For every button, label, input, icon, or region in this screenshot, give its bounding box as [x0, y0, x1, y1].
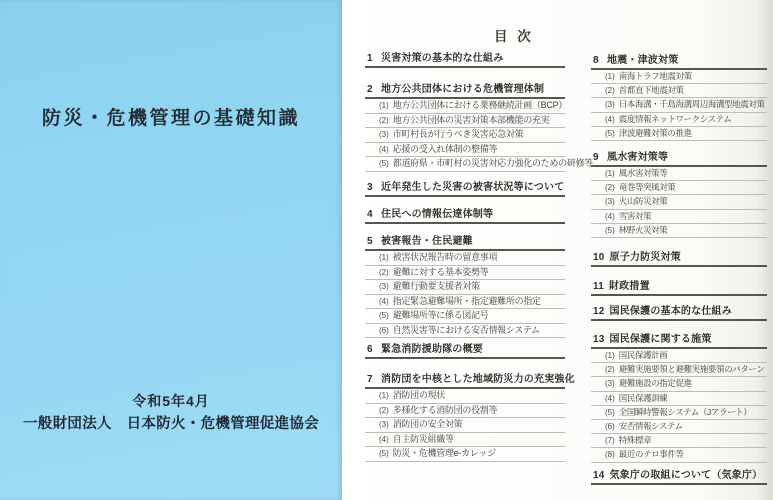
toc-item: (5)都道府県・市町村の災害対応力強化のための研修等: [365, 157, 565, 172]
toc-section-4: 4住民への情報伝達体制等: [365, 209, 565, 224]
toc-item-label: 避難実施要領と避難実施要領のパターン: [619, 364, 765, 374]
toc-section-number: 5: [367, 236, 376, 247]
toc-item-number: (3): [379, 130, 389, 139]
toc-section-number: 7: [367, 374, 376, 385]
toc-item-label: 防災・危機管理e-カレッジ: [393, 448, 496, 458]
toc-item: (4)応援の受入れ体制の整備等: [365, 143, 565, 158]
toc-section-title: 原子力防災対策: [610, 252, 681, 263]
toc-section-title: 被害報告・住民避難: [381, 236, 473, 247]
toc-section-title: 緊急消防援助隊の概要: [381, 344, 483, 355]
toc-item-label: 避難行動要支援者対策: [393, 281, 480, 291]
toc-item-number: (4): [605, 212, 615, 221]
toc-section-heading: 8地震・津波対策: [591, 55, 767, 70]
toc-section-number: 2: [367, 84, 376, 95]
toc-item-label: 首都直下地震対策: [619, 85, 684, 95]
toc-item: (6)自然災害等における安否情報システム: [365, 324, 565, 339]
toc-section-number: 6: [367, 344, 376, 355]
toc-section-1: 1災害対策の基本的な仕組み: [365, 53, 565, 68]
book-spread-scan: 防災・危機管理の基礎知識 令和5年4月 一般財団法人 日本防火・危機管理促進協会…: [0, 0, 773, 500]
toc-section-3: 3近年発生した災害の被害状況等について: [365, 182, 565, 197]
toc-item-label: 風水害対策等: [619, 168, 668, 178]
toc-item-label: 消防団の現状: [393, 390, 445, 400]
toc-section-number: 13: [593, 334, 605, 345]
toc-item-number: (8): [605, 450, 615, 459]
toc-item-number: (5): [379, 311, 389, 320]
toc-section-title: 国民保護の基本的な仕組み: [610, 306, 732, 317]
toc-item-label: 応援の受入れ体制の整備等: [393, 144, 497, 154]
toc-item: (2)竜巻等突風対策: [591, 181, 767, 195]
toc-section-12: 12国民保護の基本的な仕組み: [591, 306, 767, 321]
toc-item-label: 市町村長が行うべき災害応急対策: [393, 129, 524, 139]
toc-section-10: 10原子力防災対策: [591, 252, 767, 267]
toc-item-label: 地方公共団体における業務継続計画（BCP）: [393, 100, 567, 110]
toc-item-number: (7): [605, 436, 615, 445]
toc-item: (2)多様化する消防団の役割等: [365, 404, 565, 419]
toc-item: (4)指定緊急避難場所・指定避難所の指定: [365, 295, 565, 310]
toc-item-number: (6): [379, 326, 389, 335]
toc-item-number: (4): [379, 145, 389, 154]
toc-section-7: 7消防団を中核とした地域防災力の充実強化(1)消防団の現状(2)多様化する消防団…: [365, 374, 565, 462]
toc-item-label: 雪害対策: [619, 211, 651, 221]
toc-item: (1)南海トラフ地震対策: [591, 70, 767, 84]
toc-item-label: 多様化する消防団の役割等: [393, 405, 497, 415]
toc-item-number: (3): [605, 379, 615, 388]
toc-item-label: 日本海溝・千島海溝周辺海溝型地震対策: [619, 99, 765, 109]
toc-item: (5)全国瞬時警報システム（Jアラート）: [591, 406, 767, 420]
toc-section-heading: 9風水害対策等: [591, 152, 767, 167]
toc-item: (1)消防団の現状: [365, 389, 565, 404]
toc-item: (3)避難施設の指定促進: [591, 377, 767, 391]
toc-item-label: 避難場所等に係る図記号: [393, 310, 489, 320]
toc-section-heading: 12国民保護の基本的な仕組み: [591, 306, 767, 321]
toc-column-left: 1災害対策の基本的な仕組み2地方公共団体における危機管理体制(1)地方公共団体に…: [365, 0, 565, 500]
toc-section-2: 2地方公共団体における危機管理体制(1)地方公共団体における業務継続計画（BCP…: [365, 84, 565, 172]
toc-item-label: 地方公共団体の災害対策本部機能の充実: [393, 115, 550, 125]
toc-item-number: (5): [605, 129, 615, 138]
toc-item-label: 最近のテロ事件等: [619, 449, 684, 459]
toc-page: 目 次 1災害対策の基本的な仕組み2地方公共団体における危機管理体制(1)地方公…: [342, 0, 773, 500]
toc-item-number: (3): [605, 197, 615, 206]
toc-item-label: 竜巻等突風対策: [619, 182, 676, 192]
toc-section-11: 11財政措置: [591, 281, 767, 296]
toc-section-title: 国民保護に関する施策: [610, 334, 712, 345]
toc-item-number: (1): [605, 72, 615, 81]
toc-item-label: 国民保護訓練: [619, 393, 668, 403]
toc-section-14: 14気象庁の取組について（気象庁）: [591, 470, 767, 485]
toc-section-6: 6緊急消防援助隊の概要: [365, 344, 565, 359]
book-title: 防災・危機管理の基礎知識: [0, 103, 342, 130]
toc-item-label: 避難に対する基本姿勢等: [393, 267, 489, 277]
toc-item: (2)首都直下地震対策: [591, 84, 767, 98]
toc-item: (5)防災・危機管理e-カレッジ: [365, 447, 565, 462]
toc-item-number: (4): [605, 394, 615, 403]
toc-section-13: 13国民保護に関する施策(1)国民保護計画(2)避難実施要領と避難実施要領のパタ…: [591, 334, 767, 463]
toc-section-title: 住民への情報伝達体制等: [381, 209, 493, 220]
toc-item: (3)市町村長が行うべき災害応急対策: [365, 128, 565, 143]
toc-item-label: 震度情報ネットワークシステム: [619, 114, 732, 124]
toc-section-heading: 5被害報告・住民避難: [365, 236, 565, 251]
toc-item-number: (3): [379, 420, 389, 429]
toc-item-number: (6): [605, 422, 615, 431]
toc-section-heading: 1災害対策の基本的な仕組み: [365, 53, 565, 68]
toc-item-number: (1): [379, 101, 389, 110]
toc-item: (3)火山防災対策: [591, 195, 767, 209]
toc-item-number: (2): [379, 406, 389, 415]
toc-item-label: 国民保護計画: [619, 350, 668, 360]
toc-section-title: 近年発生した災害の被害状況等について: [381, 182, 564, 193]
toc-section-8: 8地震・津波対策(1)南海トラフ地震対策(2)首都直下地震対策(3)日本海溝・千…: [591, 55, 767, 141]
toc-item-label: 消防団の安全対策: [393, 419, 463, 429]
toc-section-number: 11: [593, 281, 604, 292]
toc-column-right: 8地震・津波対策(1)南海トラフ地震対策(2)首都直下地震対策(3)日本海溝・千…: [591, 0, 767, 500]
toc-section-heading: 6緊急消防援助隊の概要: [365, 344, 565, 359]
toc-section-number: 14: [593, 470, 605, 481]
toc-item-number: (5): [379, 159, 389, 168]
toc-item: (3)消防団の安全対策: [365, 418, 565, 433]
toc-item: (4)震度情報ネットワークシステム: [591, 113, 767, 127]
toc-section-title: 災害対策の基本的な仕組み: [381, 53, 503, 64]
toc-item-label: 被害状況報告時の留意事項: [393, 252, 497, 262]
toc-section-title: 財政措置: [609, 281, 650, 292]
toc-item: (7)特殊標章: [591, 434, 767, 448]
toc-item-number: (1): [605, 351, 615, 360]
publisher-name: 一般財団法人 日本防火・危機管理促進協会: [0, 412, 342, 433]
toc-item: (5)林野火災対策: [591, 224, 767, 238]
toc-item: (6)安否情報システム: [591, 420, 767, 434]
toc-section-heading: 14気象庁の取組について（気象庁）: [591, 470, 767, 485]
toc-item: (4)自主防災組織等: [365, 433, 565, 448]
toc-item-number: (2): [605, 86, 615, 95]
toc-section-number: 12: [593, 306, 605, 317]
toc-item-number: (2): [605, 183, 615, 192]
toc-section-heading: 2地方公共団体における危機管理体制: [365, 84, 565, 99]
toc-item: (2)地方公共団体の災害対策本部機能の充実: [365, 114, 565, 129]
toc-item-number: (4): [605, 115, 615, 124]
toc-item-label: 全国瞬時警報システム（Jアラート）: [619, 407, 752, 417]
toc-item-number: (5): [379, 449, 389, 458]
toc-item-number: (4): [379, 297, 389, 306]
toc-item: (8)最近のテロ事件等: [591, 448, 767, 462]
toc-item-number: (4): [379, 435, 389, 444]
toc-section-number: 4: [367, 209, 376, 220]
toc-section-heading: 7消防団を中核とした地域防災力の充実強化: [365, 374, 565, 389]
toc-item-number: (2): [379, 268, 389, 277]
toc-section-heading: 4住民への情報伝達体制等: [365, 209, 565, 224]
toc-item-number: (3): [605, 100, 615, 109]
toc-item-label: 津波避難対策の推進: [619, 128, 692, 138]
toc-item-number: (2): [605, 365, 615, 374]
toc-section-number: 8: [593, 55, 602, 66]
toc-item-label: 特殊標章: [619, 435, 651, 445]
toc-item-number: (3): [379, 282, 389, 291]
toc-section-heading: 3近年発生した災害の被害状況等について: [365, 182, 565, 197]
toc-item: (2)避難実施要領と避難実施要領のパターン: [591, 363, 767, 377]
toc-section-9: 9風水害対策等(1)風水害対策等(2)竜巻等突風対策(3)火山防災対策(4)雪害…: [591, 152, 767, 238]
book-cover: 防災・危機管理の基礎知識 令和5年4月 一般財団法人 日本防火・危機管理促進協会: [0, 0, 342, 500]
toc-item-number: (1): [605, 169, 615, 178]
publication-date: 令和5年4月: [0, 391, 342, 411]
toc-item: (1)国民保護計画: [591, 349, 767, 363]
toc-item-label: 林野火災対策: [619, 225, 668, 235]
toc-section-title: 風水害対策等: [607, 152, 668, 163]
toc-item: (4)国民保護訓練: [591, 392, 767, 406]
toc-item-label: 避難施設の指定促進: [619, 378, 692, 388]
toc-item: (1)地方公共団体における業務継続計画（BCP）: [365, 99, 565, 114]
toc-item-label: 指定緊急避難場所・指定避難所の指定: [393, 296, 541, 306]
toc-item: (3)避難行動要支援者対策: [365, 280, 565, 295]
toc-item: (5)津波避難対策の推進: [591, 127, 767, 141]
toc-item: (3)日本海溝・千島海溝周辺海溝型地震対策: [591, 98, 767, 112]
toc-section-heading: 13国民保護に関する施策: [591, 334, 767, 349]
toc-item-number: (1): [379, 253, 389, 262]
toc-item-label: 南海トラフ地震対策: [619, 71, 692, 81]
toc-section-5: 5被害報告・住民避難(1)被害状況報告時の留意事項(2)避難に対する基本姿勢等(…: [365, 236, 565, 338]
toc-section-number: 3: [367, 182, 376, 193]
toc-section-title: 気象庁の取組について（気象庁）: [610, 470, 763, 481]
toc-item-label: 火山防災対策: [619, 196, 668, 206]
toc-section-heading: 11財政措置: [591, 281, 767, 296]
toc-item: (1)被害状況報告時の留意事項: [365, 251, 565, 266]
toc-item-label: 都道府県・市町村の災害対応力強化のための研修等: [393, 158, 593, 168]
toc-section-number: 10: [593, 252, 605, 263]
toc-item-label: 安否情報システム: [619, 421, 683, 431]
toc-item-number: (5): [605, 408, 615, 417]
toc-item: (4)雪害対策: [591, 210, 767, 224]
toc-item: (1)風水害対策等: [591, 167, 767, 181]
toc-section-title: 地震・津波対策: [607, 55, 678, 66]
toc-section-heading: 10原子力防災対策: [591, 252, 767, 267]
toc-section-title: 地方公共団体における危機管理体制: [381, 84, 544, 95]
toc-item-label: 自然災害等における安否情報システム: [393, 325, 540, 335]
toc-section-number: 1: [367, 53, 376, 64]
toc-item-label: 自主防災組織等: [393, 434, 454, 444]
toc-item: (2)避難に対する基本姿勢等: [365, 266, 565, 281]
toc-item-number: (1): [379, 391, 389, 400]
toc-item-number: (5): [605, 226, 615, 235]
toc-section-number: 9: [593, 152, 602, 163]
toc-section-title: 消防団を中核とした地域防災力の充実強化: [381, 374, 575, 385]
toc-item-number: (2): [379, 116, 389, 125]
toc-item: (5)避難場所等に係る図記号: [365, 309, 565, 324]
